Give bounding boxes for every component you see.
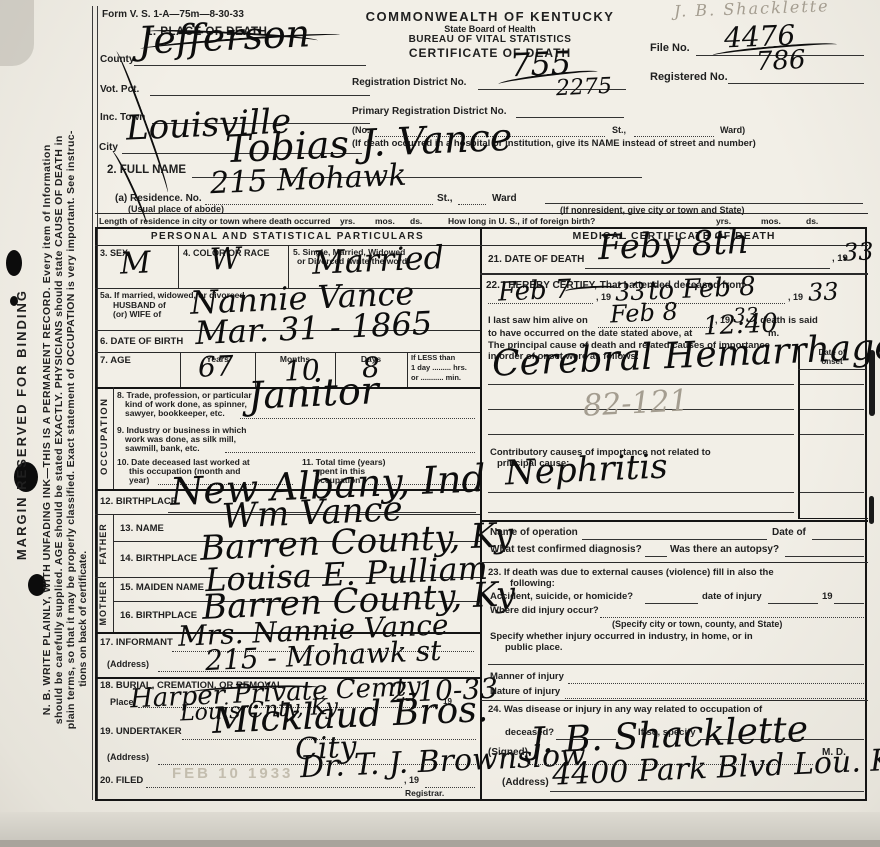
dotted-line bbox=[205, 204, 433, 205]
dotted-line bbox=[225, 452, 475, 453]
street-st-label: St., bbox=[612, 126, 626, 136]
physician-address-label: (Address) bbox=[502, 777, 549, 788]
entry-line bbox=[785, 556, 864, 557]
age-less-label-line3: or ........... min. bbox=[411, 374, 461, 382]
where-injury-label: Where did injury occur? bbox=[490, 606, 599, 616]
margin-nb-note-line2: should be carefully supplied. AGE should… bbox=[54, 80, 66, 780]
rule bbox=[480, 520, 868, 522]
foreign-birth-label: How long in U. S., if of foreign birth? bbox=[448, 217, 595, 226]
rule bbox=[95, 213, 868, 214]
certificate-title: CERTIFICATE OF DEATH bbox=[340, 47, 640, 60]
dotted-line bbox=[240, 418, 475, 419]
age-less-label-line2: 1 day ......... hrs. bbox=[411, 364, 467, 372]
cell-divider bbox=[178, 245, 179, 288]
entry-line bbox=[150, 95, 370, 96]
trade-label-line3: sawyer, bookkeeper, etc. bbox=[125, 409, 225, 418]
accident-label: Accident, suicide, or homicide? bbox=[490, 592, 633, 602]
date-of-death-label: 21. DATE OF DEATH bbox=[488, 254, 584, 265]
entry-line bbox=[585, 268, 830, 269]
nature-of-injury-label: Nature of injury bbox=[490, 687, 560, 697]
injury-date-label: date of injury bbox=[702, 592, 762, 602]
nonresident-hint: (If nonresident, give city or town and S… bbox=[560, 206, 745, 216]
mos-label: mos. bbox=[375, 217, 395, 226]
date-of-death-year: 33 bbox=[843, 241, 874, 264]
last-saw-date: Feb 8 bbox=[610, 302, 679, 327]
residence-value: 215 Mohawk bbox=[210, 162, 408, 198]
marital-value: Married bbox=[311, 243, 444, 278]
occupation-vertical-label: OCCUPATION bbox=[100, 387, 110, 485]
whether-injury-label-line1: Specify whether injury occurred in indus… bbox=[490, 632, 753, 642]
age-label: 7. AGE bbox=[100, 356, 131, 366]
cell-divider bbox=[407, 352, 408, 387]
informant-address-label: (Address) bbox=[107, 660, 149, 670]
mother-vertical-label: MOTHER bbox=[99, 571, 109, 635]
year-prefix-label: , 19 bbox=[788, 293, 803, 303]
cell-divider bbox=[113, 387, 114, 489]
registered-no-label: Registered No. bbox=[650, 71, 728, 83]
margin-binding-note: MARGIN RESERVED FOR BINDING bbox=[15, 300, 29, 560]
manner-of-injury-label: Manner of injury bbox=[490, 672, 564, 682]
informant-label: 17. INFORMANT bbox=[100, 638, 173, 648]
informant-address-value: 215 - Mohawk st bbox=[205, 638, 442, 673]
filed-date-stamp: FEB 10 1933 bbox=[172, 766, 293, 783]
registration-district-label: Registration District No. bbox=[352, 77, 466, 88]
birthplace-label: 12. BIRTHPLACE bbox=[100, 497, 177, 507]
entry-line bbox=[645, 556, 667, 557]
entry-line bbox=[134, 65, 366, 66]
bureau-subtitle: BUREAU OF VITAL STATISTICS bbox=[340, 34, 640, 45]
pencil-code-note: 82-121 bbox=[582, 387, 689, 419]
entry-line bbox=[728, 83, 864, 84]
contributory-value: Nephritis bbox=[504, 451, 668, 489]
age-years-value: 67 bbox=[197, 353, 234, 380]
trade-value: Janitor bbox=[247, 373, 379, 413]
rule bbox=[480, 562, 868, 563]
operation-date-label: Date of bbox=[772, 527, 806, 538]
scan-bottom-shadow bbox=[0, 840, 880, 847]
specify-hint: (Specify city or town, county, and State… bbox=[612, 620, 782, 630]
test-label: What test confirmed diagnosis? bbox=[490, 544, 642, 555]
entry-line bbox=[800, 384, 864, 385]
file-no-label: File No. bbox=[650, 42, 690, 54]
industry-label-line3: sawmill, bank, etc. bbox=[125, 444, 200, 453]
injury-year-label: 19 bbox=[822, 592, 833, 602]
length-residence-label: Length of residence in city or town wher… bbox=[99, 217, 330, 226]
father-vertical-label: FATHER bbox=[99, 514, 109, 574]
color-race-value: W bbox=[209, 245, 241, 273]
residence-ward-label: Ward bbox=[492, 193, 517, 204]
yrs-label: yrs. bbox=[340, 217, 355, 226]
cell-divider bbox=[113, 577, 114, 632]
margin-nb-note-line4: tions on back of certificate. bbox=[78, 534, 90, 704]
signed-label: (Signed) bbox=[488, 747, 528, 758]
margin-nb-note-line3: plain terms, so that it may be properly … bbox=[66, 80, 78, 780]
entry-line bbox=[545, 203, 863, 204]
entry-line bbox=[812, 539, 864, 540]
date-of-death-value: Feby 8th bbox=[597, 227, 749, 264]
entry-line bbox=[800, 409, 864, 410]
residence-st-label: St., bbox=[437, 193, 453, 204]
filed-label: 20. FILED bbox=[100, 776, 143, 786]
external-causes-label-line2: following: bbox=[510, 579, 555, 589]
entry-line bbox=[488, 492, 794, 493]
date-of-birth-value: Mar. 31 - 1865 bbox=[194, 309, 432, 348]
whether-injury-label-line2: public place. bbox=[505, 643, 563, 653]
margin-nb-note-line1: N. B. WRITE PLAINLY, WITH UNFADING INK—T… bbox=[42, 80, 54, 780]
registrar-label: Registrar. bbox=[405, 789, 444, 798]
registration-district-alt-value: 2275 bbox=[556, 77, 613, 99]
attended-from-date: Feb 7 bbox=[498, 278, 572, 305]
undertaker-address-label: (Address) bbox=[107, 753, 149, 763]
entry-line bbox=[834, 603, 864, 604]
mos-label: mos. bbox=[761, 217, 781, 226]
father-name-label: 13. NAME bbox=[120, 524, 164, 534]
dotted-line bbox=[568, 683, 864, 684]
autopsy-label: Was there an autopsy? bbox=[670, 544, 779, 555]
date-of-onset-box bbox=[798, 346, 868, 519]
last-worked-label-line3: year) bbox=[129, 476, 149, 485]
entry-line bbox=[550, 791, 864, 792]
entry-line bbox=[488, 512, 794, 513]
dotted-line bbox=[565, 698, 864, 699]
dotted-line bbox=[634, 136, 714, 137]
entry-line bbox=[800, 492, 864, 493]
rule bbox=[480, 700, 868, 701]
date-of-birth-label: 6. DATE OF BIRTH bbox=[100, 337, 183, 347]
attended-to-year: 33 bbox=[808, 281, 839, 304]
entry-line bbox=[768, 603, 818, 604]
commonwealth-title: COMMONWEALTH OF KENTUCKY bbox=[340, 10, 640, 24]
external-causes-label-line1: 23. If death was due to external causes … bbox=[488, 568, 774, 578]
ink-blot bbox=[6, 250, 22, 276]
entry-line bbox=[488, 664, 864, 665]
mother-maiden-name-label: 15. MAIDEN NAME bbox=[120, 583, 204, 593]
street-ward-label: Ward) bbox=[720, 126, 745, 136]
age-less-label-line1: If LESS than bbox=[411, 354, 455, 362]
last-saw-label: I last saw him alive on bbox=[488, 316, 588, 326]
death-certificate-scan: MARGIN RESERVED FOR BINDING N. B. WRITE … bbox=[0, 0, 880, 847]
ds-label: ds. bbox=[806, 217, 818, 226]
registered-no-value: 786 bbox=[756, 49, 807, 75]
cell-divider bbox=[113, 514, 114, 577]
entry-line bbox=[516, 117, 624, 118]
entry-line bbox=[488, 434, 794, 435]
spouse-label-line3: (or) WIFE of bbox=[113, 310, 161, 319]
entry-line bbox=[582, 539, 767, 540]
entry-line bbox=[645, 603, 698, 604]
operation-label: Name of operation bbox=[490, 527, 578, 538]
scan-edge-mark bbox=[869, 496, 874, 524]
dotted-line bbox=[146, 787, 402, 788]
sex-value: M bbox=[119, 249, 151, 277]
undertaker-label: 19. UNDERTAKER bbox=[100, 727, 182, 737]
father-birthplace-label: 14. BIRTHPLACE bbox=[120, 554, 197, 564]
ds-label: ds. bbox=[410, 217, 422, 226]
scan-smudge bbox=[0, 0, 34, 66]
dotted-line bbox=[600, 617, 864, 618]
city-label: City bbox=[99, 142, 118, 153]
pencil-name-note: J. B. Shacklette bbox=[674, 0, 830, 19]
dotted-line bbox=[458, 204, 486, 205]
entry-line bbox=[800, 434, 864, 435]
